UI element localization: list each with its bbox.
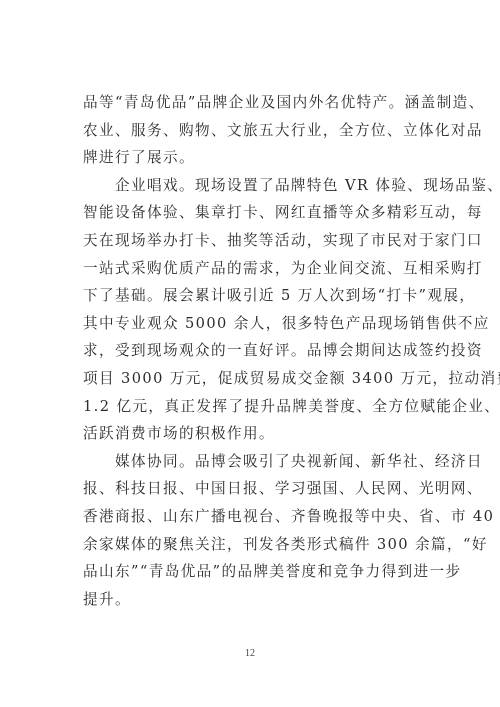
text-line: 活跃消费市场的积极作用。 bbox=[83, 420, 423, 448]
body-text: 品等“青岛优品”品牌企业及国内外名优特产。涵盖制造、 农业、服务、购物、文旅五大… bbox=[83, 89, 423, 613]
text-line: 品山东”“青岛优品”的品牌美誉度和竞争力得到进一步 bbox=[83, 558, 423, 586]
text-line: 余家媒体的聚焦关注，刊发各类形式稿件 300 余篇，“好 bbox=[83, 531, 423, 559]
page-number: 12 bbox=[0, 648, 500, 659]
text-line: 提升。 bbox=[83, 586, 423, 614]
text-line: 农业、服务、购物、文旅五大行业，全方位、立体化对品 bbox=[83, 117, 423, 145]
document-page: 品等“青岛优品”品牌企业及国内外名优特产。涵盖制造、 农业、服务、购物、文旅五大… bbox=[0, 0, 500, 707]
text-line: 下了基础。展会累计吸引近 5 万人次到场“打卡”观展， bbox=[83, 282, 423, 310]
text-line: 牌进行了展示。 bbox=[83, 144, 423, 172]
paragraph-start-line: 媒体协同。品博会吸引了央视新闻、新华社、经济日 bbox=[83, 448, 423, 476]
text-line: 其中专业观众 5000 余人，很多特色产品现场销售供不应 bbox=[83, 310, 423, 338]
text-line: 品等“青岛优品”品牌企业及国内外名优特产。涵盖制造、 bbox=[83, 89, 423, 117]
text-line: 项目 3000 万元，促成贸易成交金额 3400 万元，拉动消费 bbox=[83, 365, 423, 393]
paragraph-start-line: 企业唱戏。现场设置了品牌特色 VR 体验、现场品鉴、 bbox=[83, 172, 423, 200]
text-line: 天在现场举办打卡、抽奖等活动，实现了市民对于家门口 bbox=[83, 227, 423, 255]
text-line: 报、科技日报、中国日报、学习强国、人民网、光明网、 bbox=[83, 475, 423, 503]
text-line: 1.2 亿元，真正发挥了提升品牌美誉度、全方位赋能企业、 bbox=[83, 393, 423, 421]
text-line: 一站式采购优质产品的需求，为企业间交流、互相采购打 bbox=[83, 255, 423, 283]
text-line: 智能设备体验、集章打卡、网红直播等众多精彩互动，每 bbox=[83, 199, 423, 227]
text-line: 求，受到现场观众的一直好评。品博会期间达成签约投资 bbox=[83, 337, 423, 365]
text-line: 香港商报、山东广播电视台、齐鲁晚报等中央、省、市 40 bbox=[83, 503, 423, 531]
